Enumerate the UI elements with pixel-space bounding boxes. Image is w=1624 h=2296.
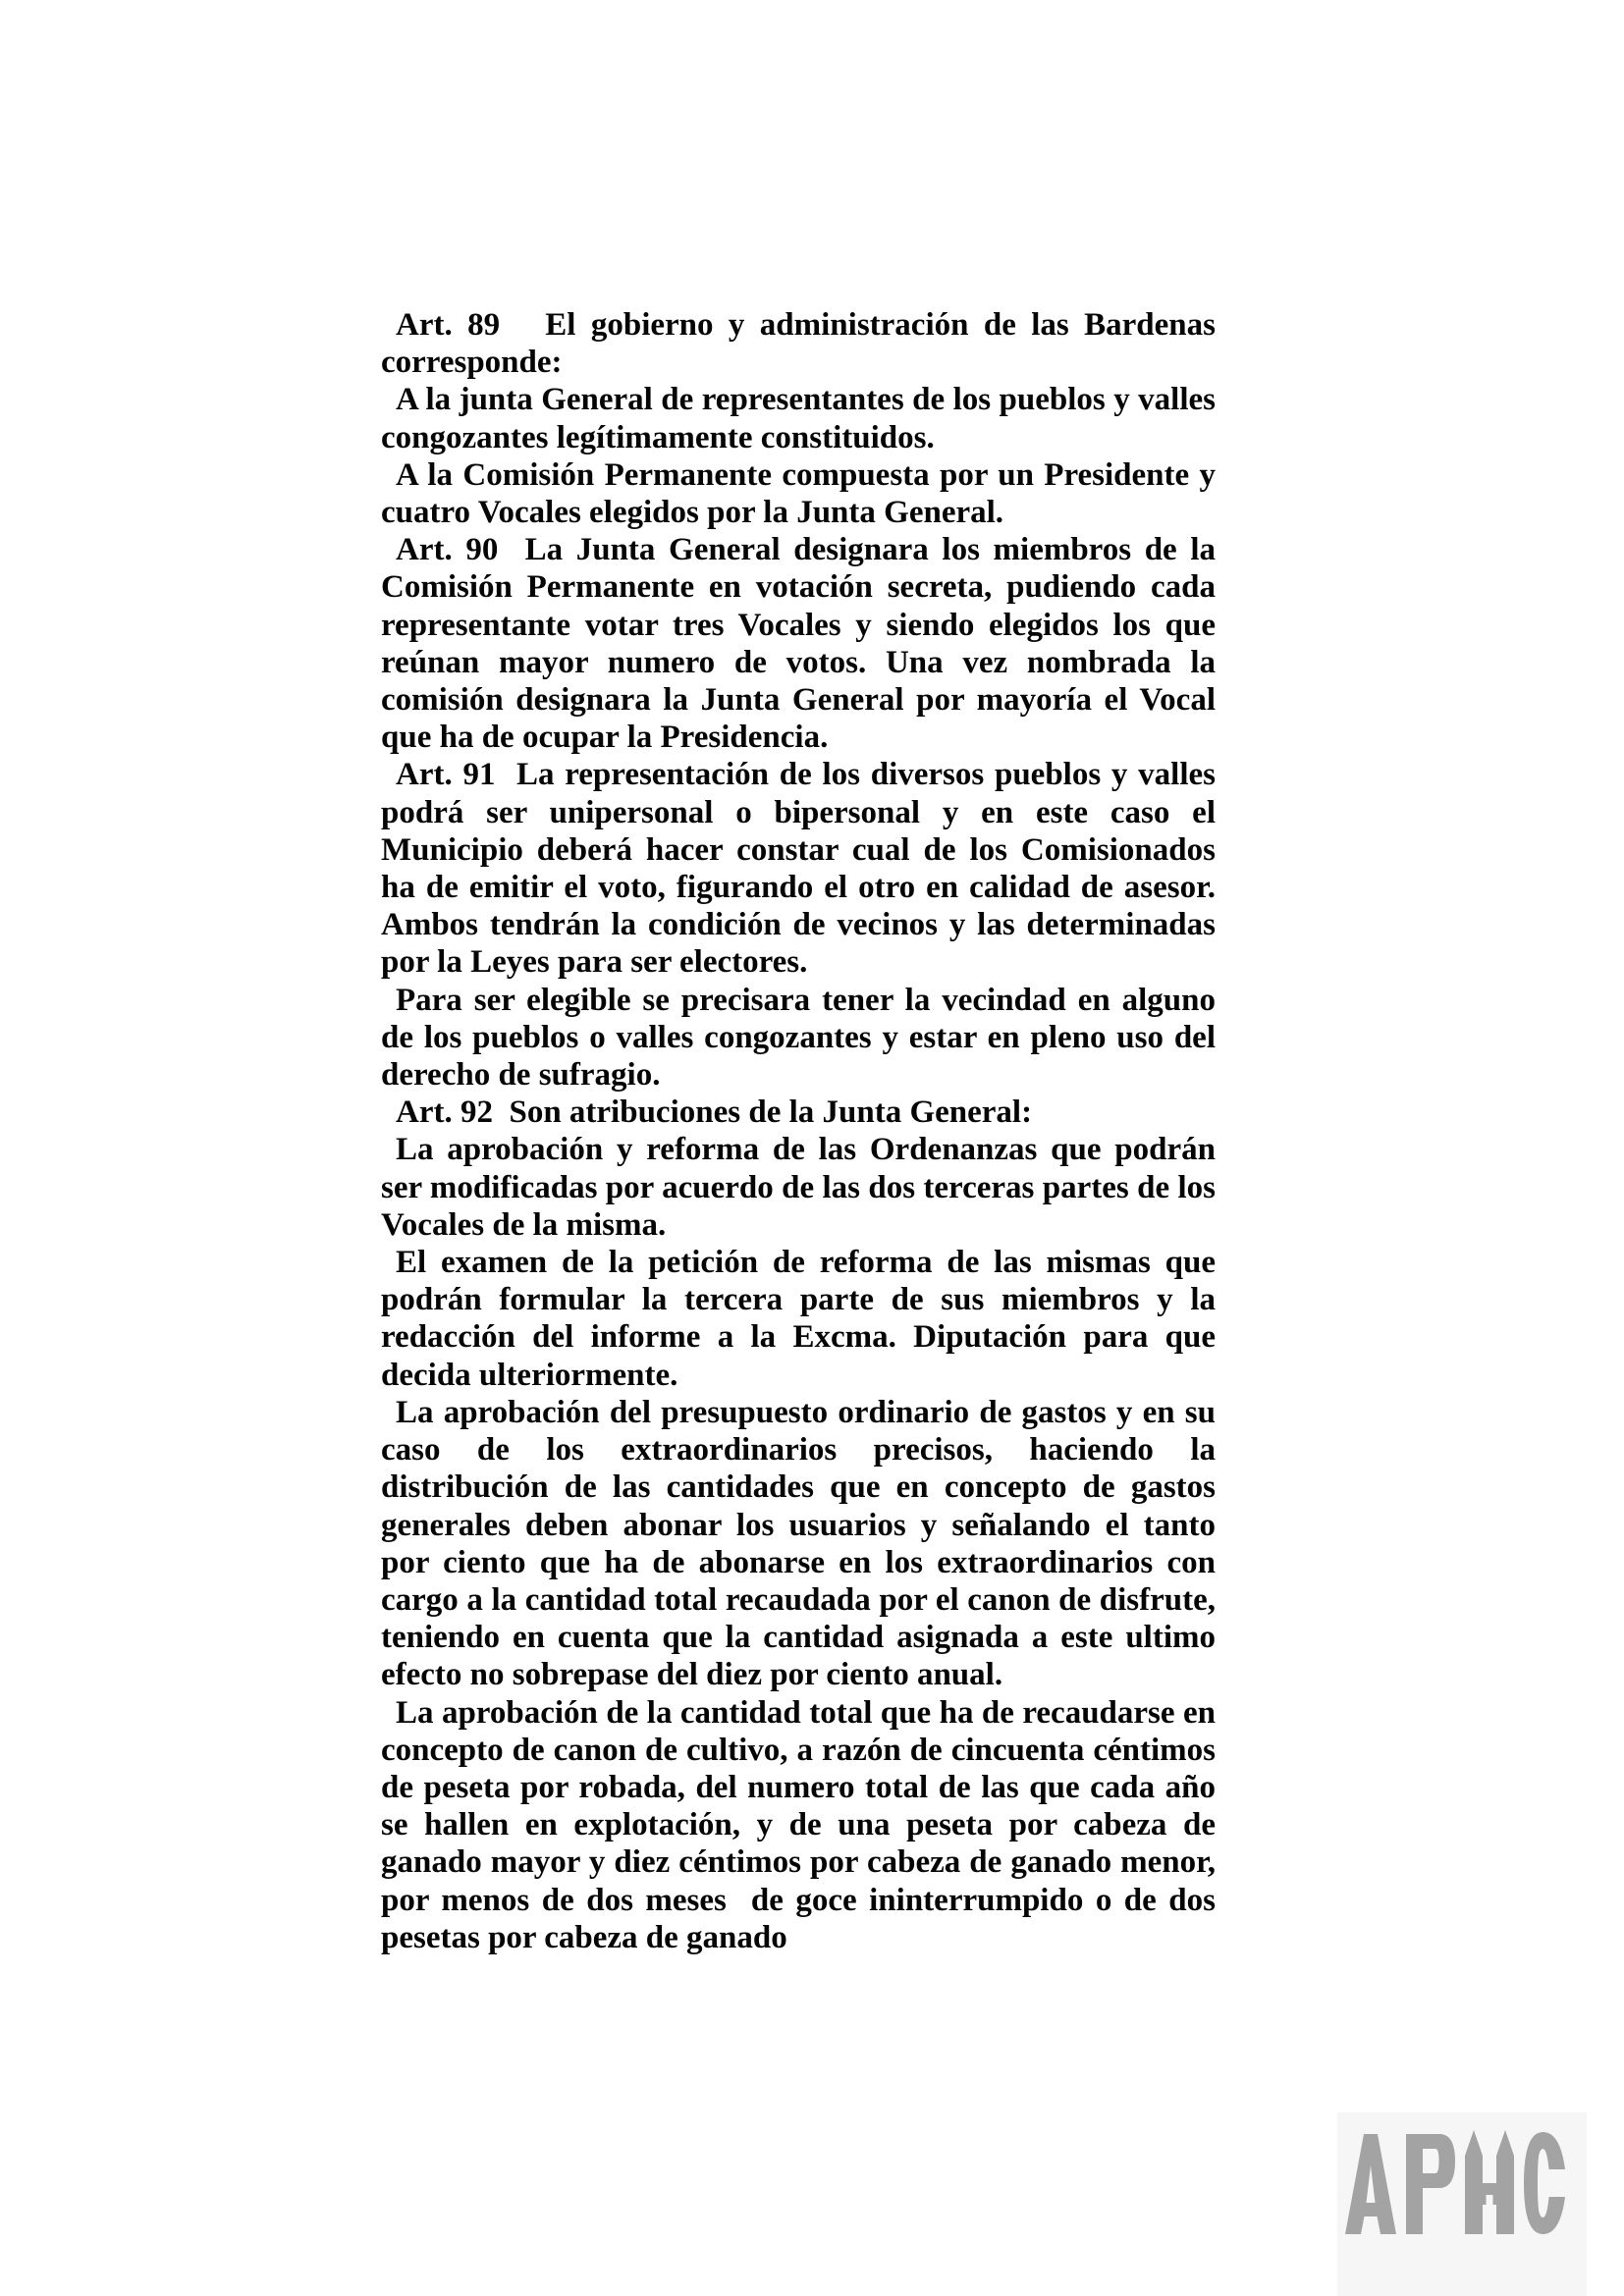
paragraph-art-90: Art. 90 La Junta General designara los m… [381,531,1216,756]
paragraph-aprobacion-presupuesto: La aprobación del presupuesto ordinario … [381,1394,1216,1694]
paragraph-comision-permanente: A la Comisión Permanente compuesta por u… [381,456,1216,531]
paragraph-examen-peticion: El examen de la petición de reforma de l… [381,1244,1216,1394]
paragraph-art-89: Art. 89 El gobierno y administración de … [381,306,1216,381]
document-text-block: Art. 89 El gobierno y administración de … [381,306,1216,1956]
aphc-logo-svg [1345,2126,1565,2234]
paragraph-art-92: Art. 92 Son atribuciones de la Junta Gen… [381,1094,1216,1131]
logo-letter-c [1524,2132,1565,2234]
paragraph-art-91: Art. 91 La representación de los diverso… [381,756,1216,981]
document-page: Art. 89 El gobierno y administración de … [0,0,1624,2296]
logo-letter-h-right [1496,2130,1514,2234]
logo-letter-h [1465,2130,1483,2234]
paragraph-aprobacion-ordenanzas: La aprobación y reforma de las Ordenanza… [381,1131,1216,1244]
logo-letter-h-crossbar [1483,2183,1496,2205]
logo-letter-p [1406,2134,1455,2234]
paragraph-junta-general: A la junta General de representantes de … [381,381,1216,455]
paragraph-canon-cultivo: La aprobación de la cantidad total que h… [381,1694,1216,1956]
aphc-logo [1345,2126,1565,2234]
logo-letter-a [1345,2134,1396,2234]
paragraph-elegibilidad: Para ser elegible se precisara tener la … [381,982,1216,1095]
